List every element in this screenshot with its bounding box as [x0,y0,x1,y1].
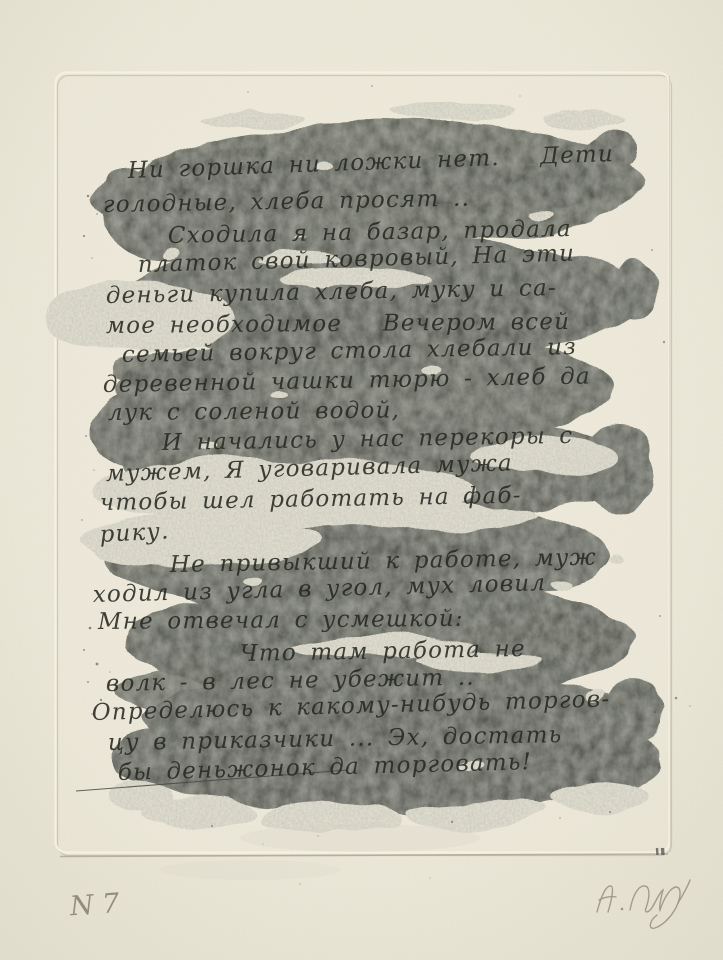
etching-scan: Ни горшка ни ложки нет. Дети голодные, х… [0,0,723,960]
etching-print: Ни горшка ни ложки нет. Дети голодные, х… [0,0,723,960]
paper-grain-overlay [0,0,723,960]
